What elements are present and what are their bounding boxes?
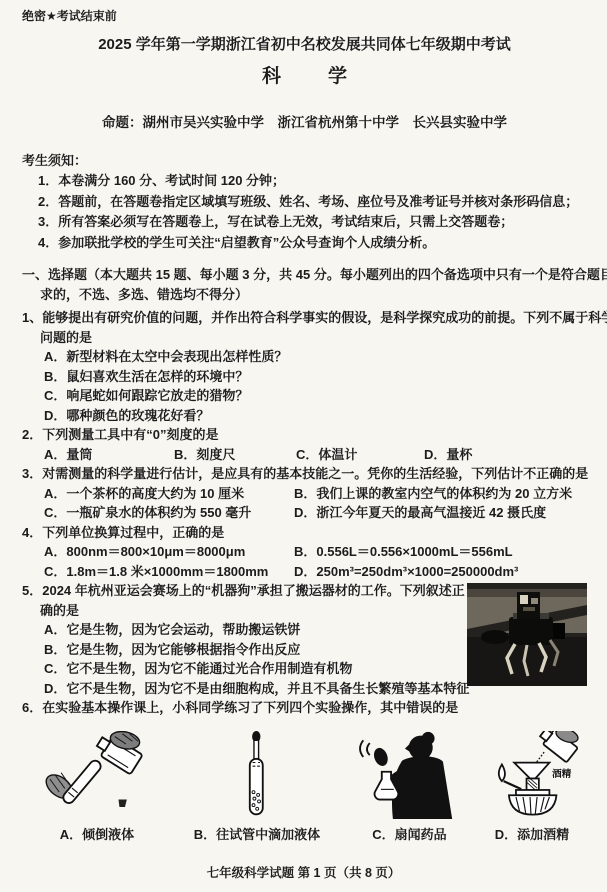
figure-a-label: A．倾倒液体 (22, 825, 172, 845)
waft-smell-icon (354, 731, 465, 819)
section1-heading-line2: 求的，不选、多选、错选均不得分） (22, 285, 587, 305)
question-4: 4．下列单位换算过程中，正确的是 A．800nm＝800×10μm＝8000μm… (22, 523, 587, 582)
dropper-test-tube-icon (197, 731, 317, 819)
classification-label: 绝密★考试结束前 (22, 8, 587, 24)
figure-b-label: B．往试管中滴加液体 (172, 825, 342, 845)
exam-paper-page: 绝密★考试结束前 2025 学年第一学期浙江省初中名校发展共同体七年级期中考试 … (0, 0, 607, 892)
question-2-option-a: A．量筒 (44, 445, 174, 465)
section1-heading: 一、选择题（本大题共 15 题、每小题 3 分，共 45 分。每小题列出的四个备… (22, 265, 587, 304)
question-3-option-a: A．一个茶杯的高度大约为 10 厘米 (44, 484, 294, 504)
add-alcohol-icon: 酒精 (479, 731, 585, 819)
question-3-option-d: D．浙江今年夏天的最高气温接近 42 摄氏度 (294, 503, 546, 523)
robot-dog-photo (467, 583, 587, 686)
question-1-option-a: A．新型材料在太空中会表现出怎样性质？ (22, 347, 587, 367)
question-6: 6．在实验基本操作课上，小科同学练习了下列四个实验操作，其中错误的是 (22, 698, 587, 844)
question-1-option-d: D．哪种颜色的玫瑰花好看？ (22, 406, 587, 426)
question-1-option-c: C．响尾蛇如何跟踪它放走的猎物？ (22, 386, 587, 406)
question-2-stem: 2．下列测量工具中有“0”刻度的是 (22, 425, 587, 445)
question-3-stem: 3．对需测量的科学量进行估计，是应具有的基本技能之一。凭你的生活经验，下列估计不… (22, 464, 587, 484)
notice-item: 4．参加联批学校的学生可关注“启望教育”公众号查询个人成绩分析。 (22, 233, 587, 254)
question-3-option-b: B．我们上课的教室内空气的体积约为 20 立方米 (294, 484, 572, 504)
question-2-option-d: D．量杯 (424, 445, 472, 465)
figure-c-label: C．扇闻药品 (342, 825, 477, 845)
question-4-option-b: B．0.556L＝0.556×1000mL＝556mL (294, 542, 513, 562)
question-1-stem-cont: 问题的是 (22, 328, 587, 348)
pour-liquid-icon (37, 731, 157, 819)
question-1-stem: 1、能够提出有研究价值的问题，并作出符合科学事实的假设，是科学探究成功的前提。下… (22, 308, 587, 328)
question-2-option-c: C．体温计 (296, 445, 424, 465)
question-3-option-c: C．一瓶矿泉水的体积约为 550 毫升 (44, 503, 294, 523)
question-4-stem: 4．下列单位换算过程中，正确的是 (22, 523, 587, 543)
page-footer: 七年级科学试题 第 1 页（共 8 页） (0, 863, 607, 881)
figure-add-alcohol: 酒精 (477, 731, 587, 819)
candidate-notice: 考生须知： 1．本卷满分 160 分、考试时间 120 分钟； 2．答题前，在答… (22, 151, 587, 253)
section1-heading-line1: 一、选择题（本大题共 15 题、每小题 3 分，共 45 分。每小题列出的四个备… (22, 265, 587, 285)
proposers-line: 命题：湖州市吴兴实验中学 浙江省杭州第十中学 长兴县实验中学 (22, 113, 587, 133)
question-2: 2．下列测量工具中有“0”刻度的是 A．量筒 B．刻度尺 C．体温计 D．量杯 (22, 425, 587, 464)
notice-heading: 考生须知： (22, 151, 587, 171)
figure-d-label: D．添加酒精 (477, 825, 587, 845)
question-4-option-a: A．800nm＝800×10μm＝8000μm (44, 542, 294, 562)
question-4-option-d: D．250m³=250dm³×1000=250000dm³ (294, 562, 518, 582)
question-4-option-c: C．1.8m＝1.8 米×1000mm＝1800mm (44, 562, 294, 582)
figure-pour-liquid (22, 731, 172, 819)
figure-waft-smell (342, 731, 477, 819)
question-6-stem: 6．在实验基本操作课上，小科同学练习了下列四个实验操作，其中错误的是 (22, 698, 587, 718)
question-1: 1、能够提出有研究价值的问题，并作出符合科学事实的假设，是科学探究成功的前提。下… (22, 308, 587, 425)
question-5: 5．2024 年杭州亚运会赛场上的“机器狗”承担了搬运器材的工作。下列叙述正 确… (22, 581, 587, 698)
notice-item: 2．答题前，在答题卷指定区域填写班级、姓名、考场、座位号及准考证号并核对条形码信… (22, 192, 587, 213)
question-2-option-b: B．刻度尺 (174, 445, 296, 465)
question-3: 3．对需测量的科学量进行估计，是应具有的基本技能之一。凭你的生活经验，下列估计不… (22, 464, 587, 523)
question-6-figures: 酒精 (22, 731, 587, 819)
figure-dropper-test-tube (172, 731, 342, 819)
notice-item: 1．本卷满分 160 分、考试时间 120 分钟； (22, 171, 587, 192)
robot-dog-photo-icon (467, 583, 587, 686)
exam-title: 2025 学年第一学期浙江省初中名校发展共同体七年级期中考试 (22, 35, 587, 55)
subject-title: 科 学 (22, 65, 587, 89)
question-1-option-b: B．鼠妇喜欢生活在怎样的环境中？ (22, 367, 587, 387)
notice-item: 3．所有答案必须写在答题卷上，写在试卷上无效，考试结束后，只需上交答题卷； (22, 212, 587, 233)
alcohol-label: 酒精 (552, 767, 572, 779)
